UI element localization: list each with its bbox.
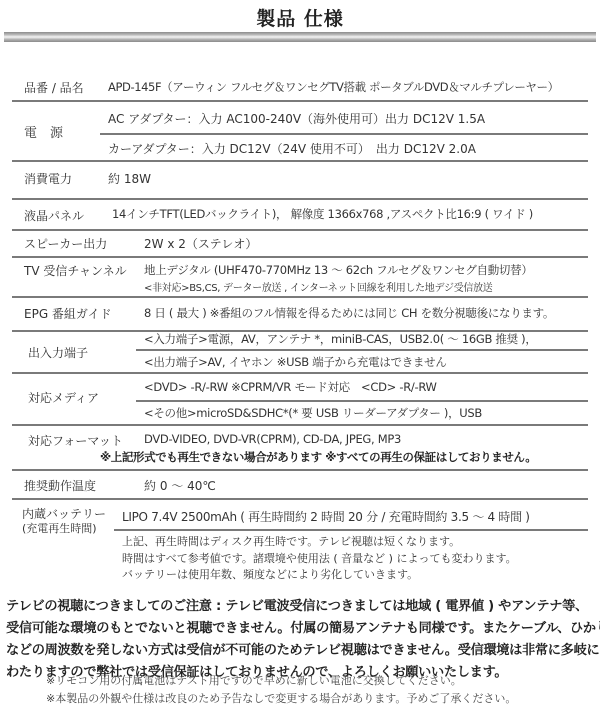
battery-note: 上記、再生時間はディスク再生時です。テレビ視聴は短くなります。 <box>122 534 517 551</box>
spec-value-speaker: 2W x 2（ステレオ） <box>144 235 257 252</box>
spec-label-temperature: 推奨動作温度 <box>24 477 96 494</box>
spec-value-media-dvd-cd: <DVD> -R/-RW ※CPRM/VR モード対応 <CD> -R/-RW <box>144 379 437 395</box>
spec-label-lcd: 液晶パネル <box>24 207 84 224</box>
spec-value-tv-channel: 地上デジタル (UHF470-770MHz 13 ～ 62ch フルセグ＆ワンセ… <box>144 262 533 278</box>
spec-value-tv-unsupported: <非対応>BS,CS, データー放送 , インターネット回線を利用した地デジ受信… <box>144 279 493 294</box>
row-divider <box>12 424 588 426</box>
spec-value-consumption: 約 18W <box>108 170 151 187</box>
row-subdivider <box>136 349 588 351</box>
notice-line: などの周波数を発しない方式は受信が不可能のためテレビ視聴はできません。受信環境は… <box>6 640 596 662</box>
row-subdivider <box>114 529 588 531</box>
battery-note: バッテリーは使用年数、頻度などにより劣化していきます。 <box>122 567 517 584</box>
tv-reception-notice: テレビの視聴につきましてのご注意 : テレビ電波受信につきましては地域 ( 電界… <box>6 596 596 684</box>
spec-value-epg: 8 日 ( 最大 ) ※番組のフル情報を得るためには同じ CH を数分視聴後にな… <box>144 305 554 321</box>
row-divider <box>12 229 588 231</box>
battery-note: 時間はすべて参考値です。諸環境や使用法 ( 音量など ) によっても変わります。 <box>122 551 517 568</box>
battery-notes: 上記、再生時間はディスク再生時です。テレビ視聴は短くなります。 時間はすべて参考… <box>122 534 517 584</box>
row-divider <box>12 469 588 471</box>
spec-sublabel-battery: (充電再生時間) <box>22 520 97 536</box>
spec-label-epg: EPG 番組ガイド <box>24 305 112 322</box>
spec-value-car-adapter: カーアダプター：入力 DC12V（24V 使用不可） 出力 DC12V 2.0A <box>108 140 476 157</box>
row-divider <box>12 256 588 258</box>
spec-value-lcd: 14インチTFT(LEDバックライト)， 解像度 1366x768 ,アスペクト… <box>112 206 533 222</box>
row-divider <box>12 498 588 500</box>
spec-value-ac-adapter: AC アダプター：入力 AC100-240V（海外使用可）出力 DC12V 1.… <box>108 110 485 127</box>
row-subdivider <box>100 133 588 135</box>
spec-label-io: 出入力端子 <box>28 344 88 361</box>
title-divider <box>4 32 596 42</box>
spec-label-speaker: スピーカー出力 <box>24 235 107 252</box>
footnote-spec-change: ※本製品の外観や仕様は改良のため予告なしで変更する場合があります。予めご了承くだ… <box>46 690 516 707</box>
footnotes: ※リモコン用の付属電池はテスト用ですので早めに新しい電池に交換してください。 ※… <box>46 672 516 707</box>
spec-label-media: 対応メディア <box>28 389 99 406</box>
row-divider <box>12 160 588 162</box>
spec-value-temperature: 約 0 ～ 40℃ <box>144 477 216 494</box>
spec-label-model: 品番 / 品名 <box>24 79 84 96</box>
notice-line: 受信可能な環境のもとでないと視聴できません。付属の簡易アンテナも同様です。またケ… <box>6 618 596 640</box>
spec-label-power: 電 源 <box>24 122 63 141</box>
spec-value-formats: DVD-VIDEO, DVD-VR(CPRM), CD-DA, JPEG, MP… <box>144 432 401 446</box>
spec-value-formats-note: ※上記形式でも再生できない場合があります ※すべての再生の保証はしておりません。 <box>100 449 536 465</box>
notice-line: テレビの視聴につきましてのご注意 : テレビ電波受信につきましては地域 ( 電界… <box>6 596 596 618</box>
spec-value-media-other: <その他>microSD&SDHC*(* 要 USB リーダーアダプター )，U… <box>144 405 482 421</box>
row-divider <box>12 198 588 200</box>
spec-value-output: <出力端子>AV, イヤホン ※USB 端子から充電はできません <box>144 354 447 370</box>
spec-value-battery: LIPO 7.4V 2500mAh ( 再生時間約 2 時間 20 分 / 充電… <box>122 508 530 525</box>
spec-label-tv-channel: TV 受信チャンネル <box>24 262 127 279</box>
row-divider <box>12 100 588 102</box>
page-title: 製品 仕様 <box>0 4 600 31</box>
spec-label-consumption: 消費電力 <box>24 170 72 187</box>
spec-value-input: <入力端子>電源，AV，アンテナ *，miniB-CAS，USB2.0( ～ 1… <box>144 331 537 347</box>
row-divider <box>12 296 588 298</box>
row-subdivider <box>136 400 588 402</box>
footnote-remote-battery: ※リモコン用の付属電池はテスト用ですので早めに新しい電池に交換してください。 <box>46 672 516 690</box>
spec-label-formats: 対応フォーマット <box>28 432 123 449</box>
spec-value-model: APD-145F（アーウィン フルセグ＆ワンセグTV搭載 ポータブルDVD＆マル… <box>108 79 559 95</box>
row-divider <box>12 372 588 374</box>
